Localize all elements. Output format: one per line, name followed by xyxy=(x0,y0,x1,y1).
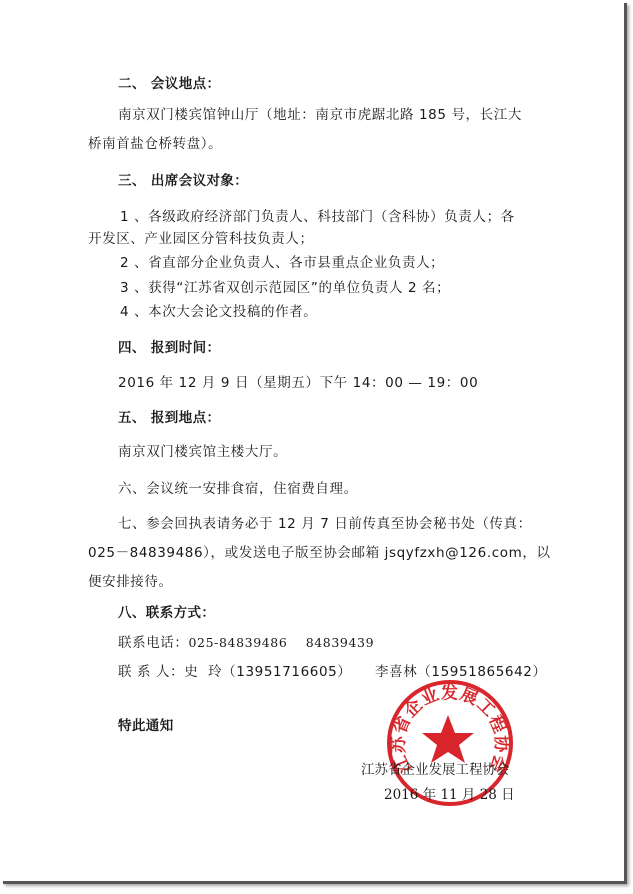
reply-line-1: 七、参会回执表请务必于 12 月 7 日前传真至协会秘书处（传真： xyxy=(118,515,532,533)
document-page: 二、 会议地点： 南京双门楼宾馆钟山厅（地址：南京市虎踞北路 185 号，长江大… xyxy=(0,0,624,881)
contact-heading: 八、联系方式： xyxy=(118,604,215,622)
contact-phone-row: 联系电话：025-84839486 84839439 xyxy=(118,634,374,652)
checkin-time-heading: 四、 报到时间： xyxy=(118,339,220,357)
reply-line-2: 025－84839486），或发送电子版至协会邮箱 jsqyfzxh@126.c… xyxy=(88,544,551,562)
attendee-item-1-cont: 开发区、产业园区分管科技负责人； xyxy=(88,230,314,248)
venue-heading: 二、 会议地点： xyxy=(118,75,220,93)
phone-label: 联系电话： xyxy=(118,635,189,651)
lodging-text: 六、会议统一安排食宿，住宿费自理。 xyxy=(118,480,358,498)
attendee-item-2: 2 、省直部分企业负责人、各市县重点企业负责人； xyxy=(120,254,444,272)
checkin-place-heading: 五、 报到地点： xyxy=(118,409,220,427)
reply-line-3: 便安排接待。 xyxy=(88,573,173,591)
signature-date: 2016 年 11 月 28 日 xyxy=(384,786,515,804)
signature-org: 江苏省企业发展工程协会 xyxy=(361,761,510,779)
attendee-item-4: 4 、本次大会论文投稿的作者。 xyxy=(120,303,317,321)
venue-line-2: 桥南首盐仓桥转盘）。 xyxy=(88,135,222,153)
star-icon xyxy=(422,715,474,763)
attendees-heading: 三、 出席会议对象： xyxy=(118,172,248,190)
contact-person-1: 史 玲（13951716605） xyxy=(184,664,351,680)
attendee-item-3: 3 、获得“江苏省双创示范园区”的单位负责人 2 名； xyxy=(120,279,450,297)
contact-person-row: 联 系 人：史 玲（13951716605） xyxy=(118,663,351,681)
attendee-item-1: 1 、各级政府经济部门负责人、科技部门（含科协）负责人；各 xyxy=(120,208,515,226)
closing-text: 特此通知 xyxy=(118,717,174,735)
checkin-place-value: 南京双门楼宾馆主楼大厅。 xyxy=(118,443,287,461)
phone-values: 025-84839486 84839439 xyxy=(189,635,375,650)
venue-line-1: 南京双门楼宾馆钟山厅（地址：南京市虎踞北路 185 号，长江大 xyxy=(118,106,522,124)
person-label: 联 系 人： xyxy=(118,664,184,680)
checkin-time-value: 2016 年 12 月 9 日（星期五）下午 14：00 — 19：00 xyxy=(118,374,478,392)
